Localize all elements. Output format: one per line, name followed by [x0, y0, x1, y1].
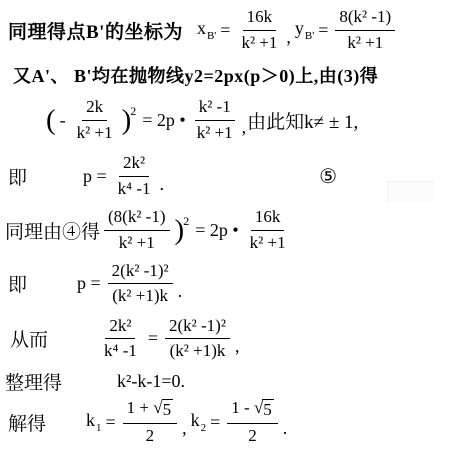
- numerator: k² -1: [195, 97, 235, 120]
- fraction-k1: 1 + √52: [123, 398, 177, 446]
- denominator: k² +1: [246, 231, 290, 253]
- fraction-k2: 1 - √52: [227, 398, 278, 446]
- line-p-equation-5: 即 p = 2k²k⁴ -1 . ⑤: [0, 148, 449, 204]
- x-subscript: B': [207, 30, 216, 42]
- line-from-equation-4: 同理由④得 (8(k² -1)k² +1 ) 2 = 2p • 16kk² +1: [0, 204, 449, 256]
- equals-sign: =: [148, 328, 158, 349]
- p-equals: p =: [83, 166, 107, 187]
- denominator: k⁴ -1: [114, 177, 155, 199]
- comma: ,: [235, 336, 240, 366]
- scan-artifact: [387, 181, 434, 202]
- line-parabola-condition: 又A'、 B'均在抛物线y2=2px(p＞0)上,由(3)得: [0, 58, 449, 92]
- equation-tag-5: ⑤: [319, 164, 337, 189]
- line-coordinates-of-b: 同理得点B'的坐标为 xB' = 16kk² +1 , yB' = 8(k² -…: [0, 2, 449, 58]
- p-equals: p =: [77, 273, 101, 294]
- fraction-8k2-minus-1: (8(k² -1)k² +1: [104, 207, 170, 253]
- fraction-16k: 16kk² +1: [246, 207, 290, 253]
- numerator: 2k²: [105, 316, 135, 339]
- k-var: k: [191, 410, 200, 430]
- line4-label: 即: [8, 163, 27, 190]
- line9-label: 解得: [8, 409, 46, 436]
- equals-2p-dot: = 2p •: [195, 220, 238, 241]
- minus-sign: -: [60, 110, 66, 131]
- comma: ,: [242, 117, 247, 138]
- denominator: k⁴ -1: [100, 339, 141, 361]
- fraction-p: 2k²k⁴ -1: [114, 153, 155, 199]
- equals-sign: =: [220, 20, 230, 41]
- denominator: 2: [244, 424, 261, 446]
- line2-text: 又A'、 B'均在抛物线y2=2px(p＞0)上,由(3)得: [13, 62, 378, 88]
- radicand: 5: [162, 399, 174, 420]
- fraction-2k: 2kk² +1: [73, 97, 117, 143]
- line8-label: 整理得: [5, 368, 62, 395]
- comma: ,: [182, 418, 187, 448]
- line1-label: 同理得点B'的坐标为: [8, 17, 183, 44]
- fraction-right: 2(k² -1)²(k² +1)k: [165, 316, 230, 362]
- numerator: 2(k² -1)²: [108, 261, 173, 284]
- open-paren: (: [46, 106, 56, 135]
- quadratic-equation: k²-k-1=0.: [117, 371, 185, 392]
- period: .: [178, 281, 183, 311]
- period: .: [283, 418, 288, 448]
- x-var: x: [197, 18, 206, 38]
- fraction-p2: 2(k² -1)²(k² +1)k: [108, 261, 173, 307]
- line-p-equation-2: 即 p = 2(k² -1)²(k² +1)k .: [0, 256, 449, 311]
- numerator: 2k: [82, 97, 107, 120]
- radicand: 5: [262, 399, 274, 420]
- denominator: 2: [142, 424, 159, 446]
- numerator: 1 + √5: [123, 398, 177, 423]
- numerator: 16k: [251, 207, 285, 230]
- numerator: 16k: [243, 7, 277, 30]
- numerator: 1 - √5: [227, 398, 278, 423]
- fraction-y-b: 8(k² -1)k² +1: [335, 7, 395, 53]
- denominator: k² +1: [343, 31, 387, 53]
- x-coordinate-symbol: xB': [197, 18, 216, 42]
- exponent-2: 2: [130, 104, 136, 119]
- line-therefore-equality: 从而 2k²k⁴ -1 = 2(k² -1)²(k² +1)k ,: [0, 311, 449, 366]
- denominator: k² +1: [115, 231, 159, 253]
- sqrt-5: √5: [254, 399, 274, 420]
- equals-sign: =: [106, 412, 116, 433]
- line-squared-equation: ( - 2kk² +1 ) 2 = 2p • k² -1k² +1 , 由此知k…: [0, 92, 449, 148]
- k1-subscript: 1: [96, 422, 102, 434]
- numerator: 2(k² -1)²: [165, 316, 230, 339]
- k-var: k: [86, 410, 95, 430]
- exponent-2: 2: [183, 214, 189, 229]
- line5-label: 同理由④得: [5, 217, 100, 244]
- y-subscript: B': [305, 30, 314, 42]
- line3-remark: 由此知k≠ ± 1,: [247, 107, 358, 134]
- comma: ,: [286, 27, 291, 48]
- one-minus: 1 -: [231, 398, 254, 417]
- denominator: (k² +1)k: [166, 339, 230, 361]
- fraction-x-b: 16kk² +1: [237, 7, 281, 53]
- numerator: 2k²: [119, 153, 149, 176]
- line-simplified-quadratic: 整理得 k²-k-1=0.: [0, 366, 449, 396]
- y-coordinate-symbol: yB': [295, 18, 314, 42]
- line6-label: 即: [8, 270, 27, 297]
- k1-symbol: k1: [86, 410, 102, 434]
- denominator: k² +1: [73, 121, 117, 143]
- period: .: [160, 174, 165, 204]
- denominator: (k² +1)k: [108, 284, 172, 306]
- numerator: (8(k² -1): [104, 207, 170, 230]
- fraction-left: 2k²k⁴ -1: [100, 316, 141, 362]
- equals-2p-dot: = 2p •: [142, 110, 185, 131]
- fraction-k2-minus-1: k² -1k² +1: [193, 97, 237, 143]
- numerator: 8(k² -1): [335, 7, 395, 30]
- k2-symbol: k2: [191, 410, 207, 434]
- math-solution-document: 同理得点B'的坐标为 xB' = 16kk² +1 , yB' = 8(k² -…: [0, 0, 449, 450]
- one-plus: 1 +: [127, 398, 154, 417]
- line7-label: 从而: [10, 325, 48, 352]
- k2-subscript: 2: [201, 422, 207, 434]
- denominator: k² +1: [193, 121, 237, 143]
- line-solutions: 解得 k1 = 1 + √52 , k2 = 1 - √52 .: [0, 396, 449, 448]
- denominator: k² +1: [237, 31, 281, 53]
- y-var: y: [295, 18, 304, 38]
- sqrt-5: √5: [153, 399, 173, 420]
- equals-sign: =: [210, 412, 220, 433]
- equals-sign: =: [318, 20, 328, 41]
